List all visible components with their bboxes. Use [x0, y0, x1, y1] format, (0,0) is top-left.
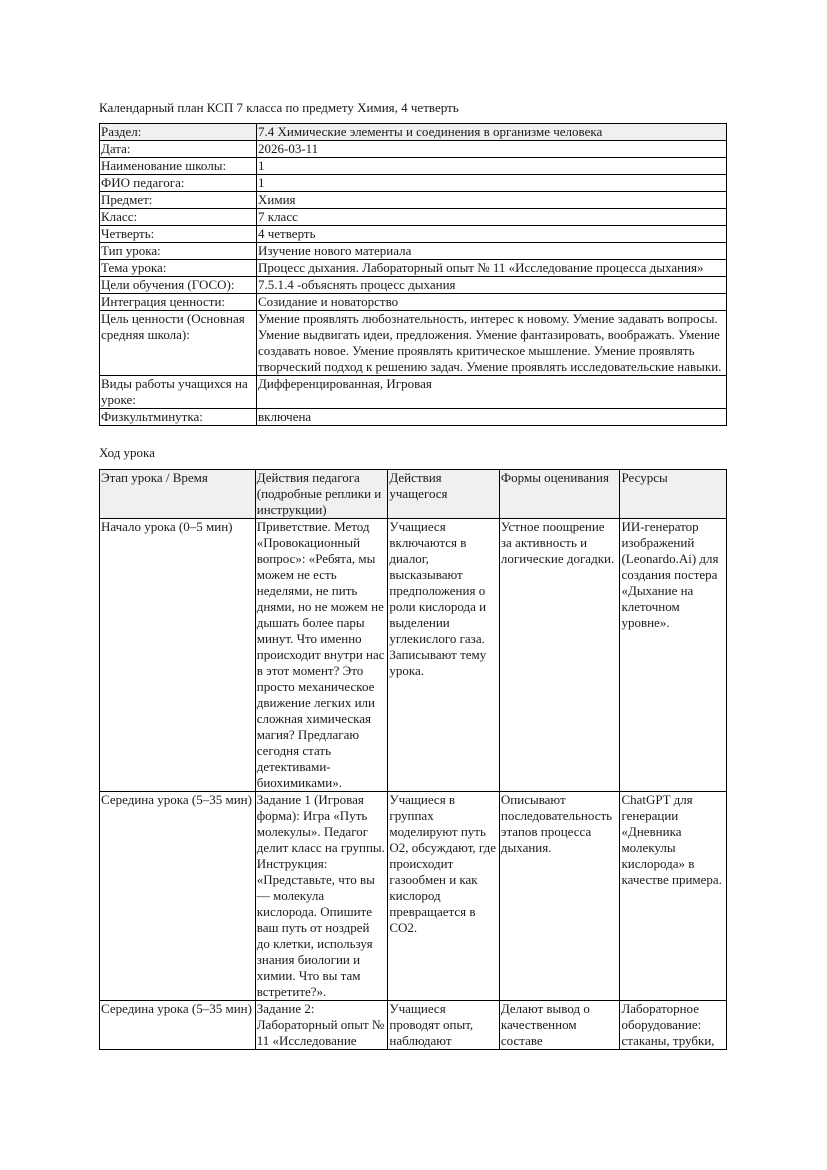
- cell-stage: Середина урока (5–35 мин): [100, 792, 256, 1001]
- info-value: Процесс дыхания. Лабораторный опыт № 11 …: [257, 260, 727, 277]
- info-value: 7.4 Химические элементы и соединения в о…: [257, 124, 727, 141]
- cell-stage: Начало урока (0–5 мин): [100, 519, 256, 792]
- header-teacher-actions: Действия педагога (подробные реплики и и…: [255, 470, 388, 519]
- plan-row: Середина урока (5–35 мин)Задание 2: Лабо…: [100, 1001, 727, 1050]
- lesson-plan-container: Этап урока / Время Действия педагога (по…: [99, 469, 728, 1065]
- plan-row: Начало урока (0–5 мин)Приветствие. Метод…: [100, 519, 727, 792]
- cell-teacher-actions: Задание 1 (Игровая форма): Игра «Путь мо…: [255, 792, 388, 1001]
- info-label: Интеграция ценности:: [100, 294, 257, 311]
- header-resources: Ресурсы: [620, 470, 727, 519]
- header-stage: Этап урока / Время: [100, 470, 256, 519]
- info-label: Виды работы учащихся на уроке:: [100, 376, 257, 409]
- info-label: Цели обучения (ГОСО):: [100, 277, 257, 294]
- info-row: Физкультминутка:включена: [100, 409, 727, 426]
- info-value: Дифференцированная, Игровая: [257, 376, 727, 409]
- document-title: Календарный план КСП 7 класса по предмет…: [99, 100, 459, 116]
- header-student-actions: Действия учащегося: [388, 470, 500, 519]
- info-row: Цели обучения (ГОСО):7.5.1.4 -объяснять …: [100, 277, 727, 294]
- info-value: Химия: [257, 192, 727, 209]
- info-row: Предмет:Химия: [100, 192, 727, 209]
- info-row: Дата:2026-03-11: [100, 141, 727, 158]
- cell-assessment: Описывают последовательность этапов проц…: [499, 792, 620, 1001]
- info-label: Цель ценности (Основная средняя школа):: [100, 311, 257, 376]
- cell-teacher-actions: Задание 2: Лабораторный опыт № 11 «Иссле…: [255, 1001, 388, 1050]
- info-row: Цель ценности (Основная средняя школа):У…: [100, 311, 727, 376]
- info-row: ФИО педагога:1: [100, 175, 727, 192]
- cell-resources: ИИ-генератор изображений (Leonardo.Ai) д…: [620, 519, 727, 792]
- info-value: Созидание и новаторство: [257, 294, 727, 311]
- header-assessment: Формы оценивания: [499, 470, 620, 519]
- info-value: 1: [257, 175, 727, 192]
- info-row: Наименование школы:1: [100, 158, 727, 175]
- section-title-lesson-flow: Ход урока: [99, 445, 155, 461]
- cell-assessment: Устное поощрение за активность и логичес…: [499, 519, 620, 792]
- plan-row: Середина урока (5–35 мин)Задание 1 (Игро…: [100, 792, 727, 1001]
- cell-resources: ChatGPT для генерации «Дневника молекулы…: [620, 792, 727, 1001]
- info-label: Физкультминутка:: [100, 409, 257, 426]
- info-row: Четверть:4 четверть: [100, 226, 727, 243]
- lesson-plan-table: Этап урока / Время Действия педагога (по…: [99, 469, 727, 1050]
- info-row: Тема урока:Процесс дыхания. Лабораторный…: [100, 260, 727, 277]
- info-row: Класс:7 класс: [100, 209, 727, 226]
- info-label: Четверть:: [100, 226, 257, 243]
- info-label: Тип урока:: [100, 243, 257, 260]
- info-value: 2026-03-11: [257, 141, 727, 158]
- info-row: Тип урока:Изучение нового материала: [100, 243, 727, 260]
- info-row: Виды работы учащихся на уроке:Дифференци…: [100, 376, 727, 409]
- info-label: Раздел:: [100, 124, 257, 141]
- info-row: Интеграция ценности:Созидание и новаторс…: [100, 294, 727, 311]
- info-value: включена: [257, 409, 727, 426]
- info-label: Наименование школы:: [100, 158, 257, 175]
- info-value: Умение проявлять любознательность, интер…: [257, 311, 727, 376]
- info-row: Раздел:7.4 Химические элементы и соедине…: [100, 124, 727, 141]
- cell-student-actions: Учащиеся проводят опыт, наблюдают: [388, 1001, 500, 1050]
- info-value: 1: [257, 158, 727, 175]
- info-value: Изучение нового материала: [257, 243, 727, 260]
- info-label: Дата:: [100, 141, 257, 158]
- info-label: ФИО педагога:: [100, 175, 257, 192]
- info-value: 7 класс: [257, 209, 727, 226]
- info-label: Предмет:: [100, 192, 257, 209]
- info-label: Класс:: [100, 209, 257, 226]
- lesson-info-table: Раздел:7.4 Химические элементы и соедине…: [99, 123, 727, 426]
- cell-teacher-actions: Приветствие. Метод «Провокационный вопро…: [255, 519, 388, 792]
- info-label: Тема урока:: [100, 260, 257, 277]
- info-value: 4 четверть: [257, 226, 727, 243]
- cell-student-actions: Учащиеся в группах моделируют путь O2, о…: [388, 792, 500, 1001]
- info-value: 7.5.1.4 -объяснять процесс дыхания: [257, 277, 727, 294]
- cell-stage: Середина урока (5–35 мин): [100, 1001, 256, 1050]
- cell-student-actions: Учащиеся включаются в диалог, высказываю…: [388, 519, 500, 792]
- plan-header-row: Этап урока / Время Действия педагога (по…: [100, 470, 727, 519]
- cell-resources: Лабораторное оборудование: стаканы, труб…: [620, 1001, 727, 1050]
- cell-assessment: Делают вывод о качественном составе: [499, 1001, 620, 1050]
